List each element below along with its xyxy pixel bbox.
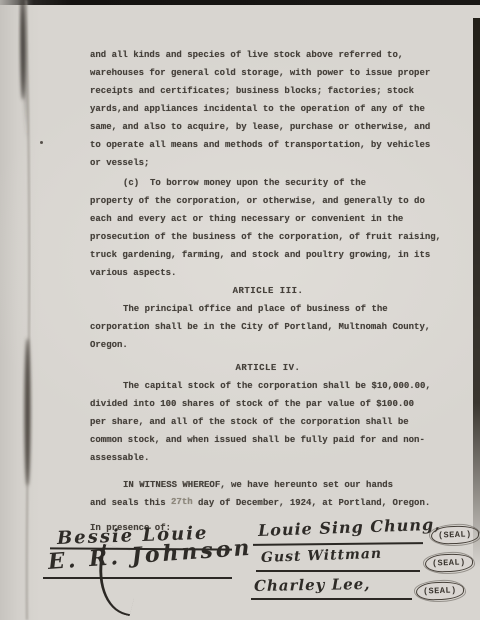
typed-line: property of the corporation, or otherwis… [90,192,446,210]
typed-line: The principal office and place of busine… [90,300,446,318]
signer-signature-2: Gust Wittman [261,546,383,566]
scan-edge-top [0,0,480,5]
seal-stamp-1: (SEAL) [431,525,479,545]
typed-line: (c) To borrow money upon the security of… [90,174,446,192]
typed-segment: and seals this [90,498,171,508]
typed-line: same, and also to acquire, by lease, pur… [90,118,446,136]
typed-line: Oregon. [90,336,446,354]
seal-stamp-3: (SEAL) [416,581,464,601]
typed-line: per share, and all of the stock of the c… [90,413,446,431]
typed-line: The capital stock of the corporation sha… [90,377,446,395]
article-heading: ARTICLE III. [90,282,446,300]
typed-date-insert: 27th [171,497,193,507]
typed-line: receipts and certificates; business bloc… [90,82,446,100]
typed-line: and seals this 27th day of December, 192… [90,494,446,512]
typed-line: and all kinds and species of live stock … [90,46,446,64]
scanned-document-page: and all kinds and species of live stock … [0,0,480,620]
ink-speck [40,141,43,144]
signer-signature-line-3 [251,598,412,600]
typed-line: IN WITNESS WHEREOF, we have hereunto set… [90,476,446,494]
typed-text: and all kinds and species of live stock … [90,46,446,537]
typed-line: prosecution of the business of the corpo… [90,228,446,246]
scan-edge-right [473,18,480,568]
typed-line: corporation shall be in the City of Port… [90,318,446,336]
typed-line: to operate all means and methods of tran… [90,136,446,154]
signer-signature-3: Charley Lee, [254,575,371,595]
typed-line: warehouses for general cold storage, wit… [90,64,446,82]
signer-signature-line-2 [256,570,420,572]
typed-line: various aspects. [90,264,446,282]
typed-line: divided into 100 shares of stock of the … [90,395,446,413]
typed-line: truck gardening, farming, and stock and … [90,246,446,264]
signer-signature-line-1 [253,542,423,545]
typed-line: yards,and appliances incidental to the o… [90,100,446,118]
witness-signature-line-2 [43,577,232,579]
typed-line: assessable. [90,449,446,467]
typed-line: common stock, and when issued shall be f… [90,431,446,449]
typed-line: or vessels; [90,154,446,172]
seal-stamp-2: (SEAL) [425,553,473,573]
typed-segment: day of December, 1924, at Portland, Oreg… [193,498,431,508]
typed-line: each and every act or thing necessary or… [90,210,446,228]
article-heading: ARTICLE IV. [90,359,446,377]
